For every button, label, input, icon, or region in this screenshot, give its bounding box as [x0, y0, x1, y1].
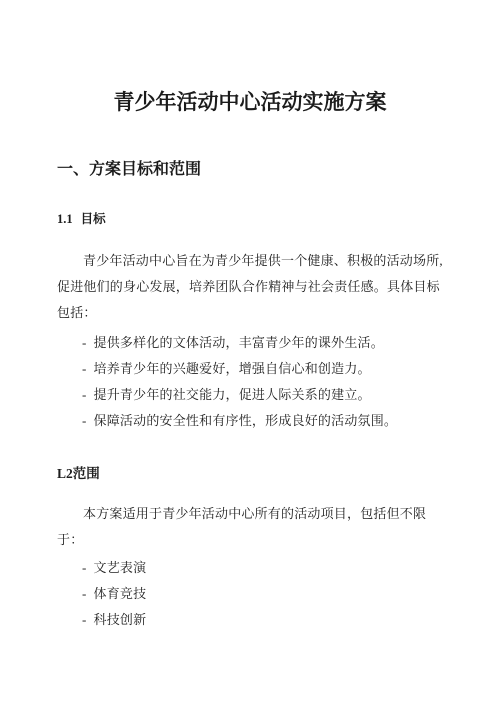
- document-page: 青少年活动中心活动实施方案 一、方案目标和范围 1.1目标 青少年活动中心旨在为…: [0, 0, 500, 707]
- document-title: 青少年活动中心活动实施方案: [57, 90, 443, 115]
- list-item: - 体育竞技: [82, 581, 443, 607]
- list-item: - 提供多样化的文体活动，丰富青少年的课外生活。: [82, 330, 443, 356]
- list-item-text: 提升青少年的社交能力，促进人际关系的建立。: [94, 382, 371, 408]
- subsection-label: 范围: [73, 466, 100, 481]
- list-item: - 科技创新: [82, 607, 443, 633]
- list-dash-marker: -: [82, 330, 87, 356]
- list-item-text: 保障活动的安全性和有序性，形成良好的活动氛围。: [94, 408, 398, 434]
- list-dash-marker: -: [82, 408, 87, 434]
- list-item: - 提升青少年的社交能力，促进人际关系的建立。: [82, 382, 443, 408]
- list-dash-marker: -: [82, 581, 87, 607]
- goals-list: - 提供多样化的文体活动，丰富青少年的课外生活。 - 培养青少年的兴趣爱好，增强…: [57, 330, 443, 434]
- scope-paragraph: 本方案适用于青少年活动中心所有的活动项目，包括但不限于：: [57, 501, 443, 553]
- list-dash-marker: -: [82, 607, 87, 633]
- list-item-text: 体育竞技: [94, 581, 147, 607]
- subsection-number: 1.1: [57, 212, 73, 226]
- subsection-heading-scope: L2范围: [57, 466, 443, 482]
- list-item-text: 提供多样化的文体活动，丰富青少年的课外生活。: [94, 330, 384, 356]
- list-item-text: 科技创新: [94, 607, 147, 633]
- list-item: - 文艺表演: [82, 555, 443, 581]
- subsection-label: 目标: [81, 212, 106, 226]
- list-item: - 培养青少年的兴趣爱好，增强自信心和创造力。: [82, 356, 443, 382]
- list-item: - 保障活动的安全性和有序性，形成良好的活动氛围。: [82, 408, 443, 434]
- document-content: 青少年活动中心活动实施方案 一、方案目标和范围 1.1目标 青少年活动中心旨在为…: [0, 90, 500, 633]
- list-dash-marker: -: [82, 555, 87, 581]
- section-heading: 一、方案目标和范围: [57, 160, 443, 179]
- goals-paragraph: 青少年活动中心旨在为青少年提供一个健康、积极的活动场所, 促进他们的身心发展，培…: [57, 248, 443, 326]
- list-item-text: 文艺表演: [94, 555, 147, 581]
- subsection-number: L2: [57, 466, 73, 481]
- list-item-text: 培养青少年的兴趣爱好，增强自信心和创造力。: [94, 356, 371, 382]
- scope-list: - 文艺表演 - 体育竞技 - 科技创新: [57, 555, 443, 633]
- list-dash-marker: -: [82, 356, 87, 382]
- subsection-heading-goals: 1.1目标: [57, 212, 443, 227]
- list-dash-marker: -: [82, 382, 87, 408]
